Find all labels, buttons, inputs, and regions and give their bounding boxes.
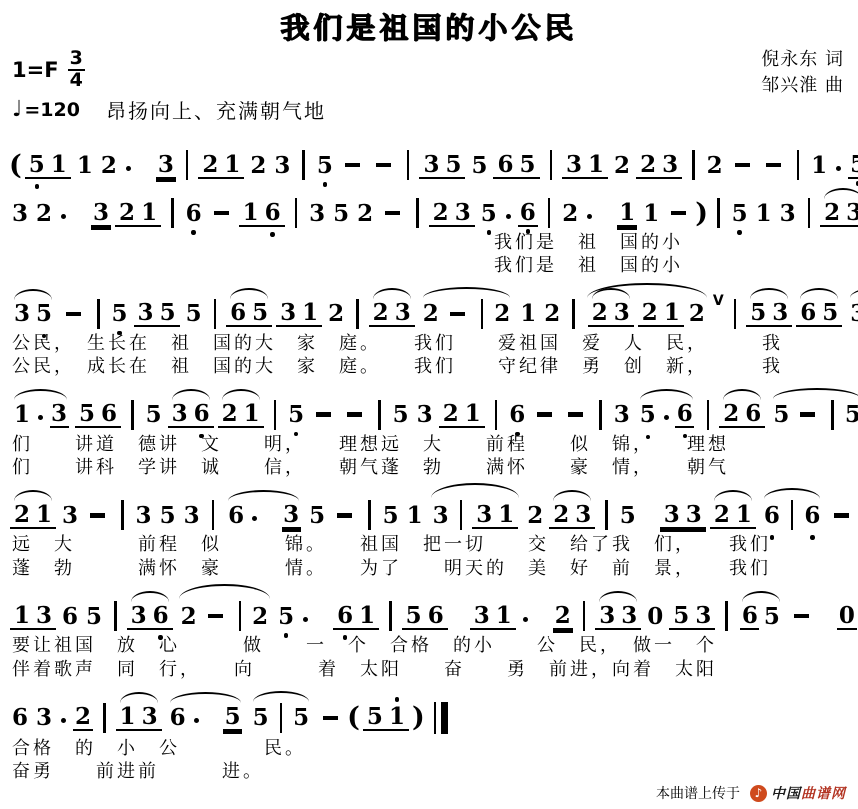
note: 5: [158, 300, 177, 325]
note: 3: [612, 402, 632, 427]
note: 2: [639, 152, 658, 177]
note: 2: [612, 153, 632, 178]
slur-group: 65: [226, 300, 272, 327]
slur-group: 23: [588, 300, 634, 327]
barline: [389, 601, 392, 631]
barline: [103, 703, 106, 733]
note: 1: [641, 201, 661, 226]
lyrics-line: 们 讲道 德讲 文 明， 理想远 大 前程 似 锦， 理想: [12, 433, 852, 456]
note: 2: [118, 200, 137, 225]
beam-group: 16: [239, 200, 285, 227]
dash-prolongation: [323, 716, 338, 721]
note: 6: [227, 503, 246, 528]
octave-dot-low: [284, 633, 289, 638]
barline: [302, 150, 305, 180]
tempo-value: =120: [24, 99, 80, 121]
note: 3: [475, 502, 494, 527]
key-signature: 1=F 3 4: [12, 49, 85, 91]
barline: [378, 400, 381, 430]
note-row: 136536225615631233053650: [6, 586, 852, 634]
note: 2: [687, 301, 706, 326]
note: 6: [740, 603, 759, 630]
note: 5: [444, 152, 463, 177]
note: 1: [734, 502, 753, 527]
dash-prolongation: [214, 211, 229, 216]
note: 2: [220, 401, 239, 426]
note: 5: [158, 503, 178, 528]
note: 2: [371, 300, 390, 325]
note: 2: [705, 153, 725, 178]
note: 3: [35, 603, 54, 628]
note: 2: [201, 152, 220, 177]
dash-prolongation: [568, 412, 583, 417]
note: 5: [618, 503, 638, 528]
note: 3: [91, 200, 111, 227]
tempo-line: ♩ =120 昂扬向上、充满朝气地: [12, 95, 326, 124]
note: 3: [422, 152, 441, 177]
song-title: 我们是祖国的小公民: [0, 0, 858, 47]
barline: [550, 150, 553, 180]
note: 6: [803, 503, 822, 528]
expression-text: 昂扬向上、充满朝气地: [106, 95, 326, 124]
dash-prolongation: [671, 211, 686, 216]
note: 3: [170, 401, 189, 426]
note: 1: [358, 603, 377, 628]
note: 2: [355, 201, 375, 226]
slur-group: 33: [595, 603, 641, 630]
note: 0: [837, 603, 857, 630]
octave-dot-low: [487, 230, 492, 235]
note: 3: [565, 152, 584, 177]
lyrics-line: 蓬 勃 满怀 豪 情。 为了 明天的 美 好 前 景， 我们: [12, 557, 852, 580]
note: 6: [496, 152, 515, 177]
note: 3: [771, 300, 790, 325]
composer: 邹兴淮 曲: [761, 73, 844, 99]
barline: [407, 150, 410, 180]
note: 5: [223, 704, 242, 731]
barline: [239, 601, 242, 631]
beam-group: 61: [333, 603, 379, 630]
note: 2: [251, 604, 270, 629]
note: 2: [525, 503, 545, 528]
note: 1: [463, 401, 482, 426]
note: 3: [598, 603, 617, 628]
beam-group: 31: [470, 603, 516, 630]
note: 2: [421, 301, 440, 326]
slur-group: 13: [116, 704, 162, 731]
final-barline: [434, 702, 448, 734]
barline: [97, 299, 100, 329]
lyrics-line: 我们是 祖 国的小: [494, 231, 852, 254]
system: 3553556531223221223212V5365335公民， 生长在 祖 …: [6, 284, 852, 379]
beam-group: 56: [402, 603, 448, 630]
slur-group: 36: [168, 401, 214, 428]
note: 2: [722, 401, 741, 426]
note: 6: [507, 402, 527, 427]
note: 1: [242, 401, 261, 426]
dash-prolongation: [385, 211, 400, 216]
note: 1: [809, 153, 829, 178]
dash-prolongation: [537, 412, 552, 417]
note: 3: [134, 503, 154, 528]
note: 3: [778, 201, 798, 226]
note: 3: [272, 153, 292, 178]
note: 2: [248, 153, 268, 178]
note: 5: [479, 201, 499, 226]
dash-prolongation: [766, 163, 781, 168]
dash-prolongation: [794, 614, 809, 619]
augmentation-dot: [38, 415, 43, 420]
brand-name-cn: 中国: [771, 783, 801, 803]
note: 3: [684, 502, 703, 527]
dash-prolongation: [208, 614, 223, 619]
note: 2: [553, 603, 573, 630]
note: 1: [405, 503, 425, 528]
breath-mark: V: [713, 293, 724, 309]
barline: [171, 198, 174, 228]
note: 1: [13, 402, 32, 427]
key-label: 1=F: [12, 58, 59, 82]
barline: [114, 601, 117, 631]
note: 5: [365, 704, 384, 729]
barline: [495, 400, 498, 430]
note: 3: [136, 300, 155, 325]
slur-group: 65: [796, 300, 842, 327]
note: 5: [27, 152, 46, 177]
note: 2: [542, 301, 562, 326]
note: 1: [662, 300, 681, 325]
dash-prolongation: [376, 163, 391, 168]
dash-prolongation: [800, 412, 815, 417]
note: 3: [140, 704, 159, 729]
beam-group: 21: [638, 300, 684, 327]
note: 6: [100, 401, 119, 426]
dash-prolongation: [90, 513, 105, 518]
note: 1: [118, 704, 137, 729]
beam-group: 56: [75, 401, 121, 428]
octave-dot-low: [646, 435, 651, 440]
beam-group: 31: [472, 502, 518, 529]
note: 1: [75, 153, 95, 178]
note-row: 323216163522356211)51323211: [6, 183, 852, 231]
system: 21335363551331223533216656远 大 前程 似 锦。 祖国…: [6, 485, 852, 580]
note: 0: [645, 604, 665, 629]
barline: [356, 299, 359, 329]
barline: [214, 299, 217, 329]
lyrics-line: 要让祖国 放 心 做 一 个 合格 的小 公 民， 做一 个: [12, 634, 852, 657]
note: 6: [229, 300, 248, 325]
uploaded-text: 本曲谱上传于: [656, 783, 740, 803]
note: 5: [35, 301, 54, 326]
note: 5: [469, 153, 489, 178]
note: 6: [744, 401, 763, 426]
augmentation-dot: [664, 415, 669, 420]
beam-group: 35: [419, 152, 465, 179]
lyrics-line: 合格 的 小 公 民。: [12, 737, 852, 760]
site-logo-icon: ♪: [750, 785, 767, 802]
note: 2: [34, 201, 54, 226]
slur-group: 65: [738, 603, 784, 630]
lyrics-line: 奋勇 前进前 进。: [12, 760, 852, 783]
note: 6: [184, 201, 204, 226]
augmentation-dot: [61, 214, 66, 219]
augmentation-dot: [252, 516, 257, 521]
slur-group: 23: [369, 300, 415, 327]
lyrics-line: 公民， 生长在 祖 国的大 家 庭。 我们 爱祖国 爱 人 民， 我: [12, 332, 852, 355]
augmentation-dot: [126, 166, 131, 171]
augmentation-dot: [836, 166, 841, 171]
note: 5: [404, 603, 423, 628]
brand-name-site: 曲谱网: [801, 783, 846, 803]
note: 5: [276, 604, 296, 629]
note: 3: [13, 301, 32, 326]
note: 2: [590, 300, 609, 325]
octave-dot-low: [810, 535, 815, 540]
note: 6: [518, 200, 538, 227]
barline: [368, 500, 371, 530]
slur-group: 331: [429, 500, 522, 530]
slur-group: 55: [769, 400, 858, 430]
barline: [717, 198, 720, 228]
note: 3: [620, 603, 639, 628]
system: (511232123535565312232151232321616352235…: [6, 135, 852, 278]
note: 3: [849, 301, 858, 326]
note: 5: [84, 604, 104, 629]
barline: [583, 601, 586, 631]
note: 5: [381, 503, 401, 528]
note: 3: [612, 300, 631, 325]
note: 5: [307, 503, 327, 528]
note: 5: [772, 402, 791, 427]
beam-group: 23: [429, 200, 475, 227]
note: 5: [762, 604, 781, 629]
note: 2: [431, 200, 450, 225]
note: 5: [110, 301, 130, 326]
slur-group: 22: [419, 299, 515, 329]
note: 2: [823, 200, 842, 225]
octave-dot-low: [191, 230, 196, 235]
note: 1: [617, 200, 637, 227]
slur-group: 13: [10, 401, 71, 428]
slur-group: 53: [746, 300, 792, 327]
note: 5: [331, 201, 351, 226]
dash-prolongation: [834, 513, 849, 518]
augmentation-dot: [61, 718, 66, 723]
octave-dot-low: [199, 434, 204, 439]
barline: [280, 703, 283, 733]
note: 3: [574, 502, 593, 527]
note: 6: [762, 503, 781, 528]
slur-group: 23: [820, 200, 858, 227]
note: 5: [292, 705, 311, 730]
note: 6: [426, 603, 445, 628]
slur-group: 21: [10, 502, 56, 529]
note: 1: [301, 300, 320, 325]
octave-dot-low: [117, 331, 122, 336]
barline: [274, 400, 277, 430]
slur-group: 26: [719, 401, 765, 428]
parenthesis: ): [695, 201, 708, 226]
note: 6: [10, 705, 30, 730]
lyrics-line: 远 大 前程 似 锦。 祖国 把一切 交 给了我 们， 我们: [12, 533, 852, 556]
note: 1: [49, 152, 68, 177]
beam-group: 33: [660, 502, 706, 529]
note: 5: [184, 301, 204, 326]
note: 3: [50, 401, 69, 428]
note: 2: [560, 201, 580, 226]
dash-prolongation: [450, 312, 465, 317]
beam-group: 13: [10, 603, 56, 630]
octave-dot-low: [35, 184, 40, 189]
barline: [692, 150, 695, 180]
parenthesis: (: [347, 705, 360, 730]
slur-group: 21: [710, 502, 756, 529]
note: 5: [251, 705, 270, 730]
system: 135653621553216356265553们 讲道 德讲 文 明， 理想远…: [6, 385, 852, 480]
octave-dot-low: [323, 182, 328, 187]
beam-group: 65: [493, 152, 539, 179]
slur-group: 35: [10, 301, 56, 326]
note: 1: [387, 704, 406, 729]
augmentation-dot: [303, 617, 308, 622]
augmentation-dot: [194, 718, 199, 723]
barline: [797, 150, 800, 180]
barline: [416, 198, 419, 228]
slur-group: 56: [636, 401, 697, 428]
lyrics-line: 伴着歌声 同 行， 向 着 太阳 奋 勇 前进，向着 太阳: [12, 658, 852, 681]
note: 6: [675, 401, 694, 428]
note: 6: [60, 604, 80, 629]
note: 3: [307, 201, 327, 226]
system: 632136555(51)合格 的 小 公 民。奋勇 前进前 进。: [6, 687, 852, 784]
note: 2: [441, 401, 460, 426]
note: 1: [497, 502, 516, 527]
note: 5: [78, 401, 97, 426]
note: 5: [843, 402, 858, 427]
beam-group: 53: [669, 603, 715, 630]
beam-group: 51: [25, 152, 71, 179]
barline: [460, 500, 463, 530]
note: 6: [799, 300, 818, 325]
note: 3: [60, 503, 80, 528]
note: 5: [286, 402, 306, 427]
note: 3: [282, 502, 301, 529]
slur-group: 65: [166, 704, 245, 731]
barline: [725, 601, 728, 631]
note: 5: [391, 402, 411, 427]
octave-dot-low: [683, 434, 688, 439]
dash-prolongation: [345, 163, 360, 168]
slur-group: 55: [249, 703, 314, 733]
note: 2: [493, 301, 512, 326]
barline: [212, 500, 215, 530]
beam-group: 31: [276, 300, 322, 327]
slur-group: 23: [549, 502, 595, 529]
note: 5: [821, 300, 840, 325]
quarter-note-icon: ♩: [12, 97, 22, 122]
note: 3: [279, 300, 298, 325]
note: 3: [661, 152, 680, 177]
note: 3: [156, 152, 176, 179]
note-row: 3553556531223221223212V5365335: [6, 284, 852, 332]
parenthesis: ): [412, 705, 425, 730]
beam-group: 21: [439, 401, 485, 428]
octave-dot-low: [526, 229, 531, 234]
slur-group: 63: [224, 502, 303, 529]
barline: [605, 500, 608, 530]
time-lower: 4: [70, 71, 83, 91]
note: 3: [393, 300, 412, 325]
barline: [572, 299, 575, 329]
note: 2: [73, 704, 93, 731]
note: 6: [336, 603, 355, 628]
octave-dot-low: [737, 230, 742, 235]
note: 3: [694, 603, 713, 628]
slur-group: 66: [760, 500, 825, 530]
augmentation-dot: [587, 214, 592, 219]
note: 5: [315, 153, 335, 178]
note: 3: [431, 503, 450, 528]
octave-dot-low: [270, 232, 275, 237]
barline: [548, 198, 551, 228]
note: 2: [640, 300, 659, 325]
slur-group: 36: [127, 603, 173, 630]
barline: [831, 400, 834, 430]
note: 2: [552, 502, 571, 527]
note: 6: [168, 705, 187, 730]
octave-dot-low: [343, 635, 348, 640]
note: 3: [182, 503, 202, 528]
barline: [791, 500, 794, 530]
barline: [186, 150, 189, 180]
watermark: 本曲谱上传于 ♪ 中国 曲谱网: [656, 783, 846, 803]
note: 1: [754, 201, 774, 226]
note: 6: [263, 200, 282, 225]
note: 5: [730, 201, 750, 226]
note: 3: [10, 201, 30, 226]
note: 5: [251, 300, 270, 325]
barline: [295, 198, 298, 228]
note: 1: [223, 152, 242, 177]
dash-prolongation: [347, 412, 362, 417]
barline: [131, 400, 134, 430]
dash-prolongation: [337, 513, 352, 518]
octave-dot-low: [770, 535, 775, 540]
time-upper: 3: [68, 49, 85, 71]
score: (511232123535565312232151232321616352235…: [0, 127, 858, 784]
note: 1: [587, 152, 606, 177]
barline: [481, 299, 484, 329]
note: 6: [151, 603, 170, 628]
barline: [734, 299, 737, 329]
note: 1: [140, 200, 159, 225]
octave-dot-high: [395, 697, 400, 702]
time-signature: 3 4: [68, 49, 85, 91]
barline: [599, 400, 602, 430]
note: 6: [192, 401, 211, 426]
note: 3: [472, 603, 491, 628]
sheet-music-page: 我们是祖国的小公民 1=F 3 4 倪永东 词 邹兴淮 曲 ♩ =120 昂扬向…: [0, 0, 858, 809]
parenthesis: (: [9, 153, 22, 178]
note: 1: [494, 603, 513, 628]
note: 1: [35, 502, 54, 527]
barline: [707, 400, 710, 430]
augmentation-dot: [506, 214, 511, 219]
note: 3: [415, 402, 435, 427]
beam-group: 51: [363, 704, 409, 731]
note: 3: [453, 200, 472, 225]
system: 136536225615631233053650要让祖国 放 心 做 一 个 合…: [6, 586, 852, 681]
